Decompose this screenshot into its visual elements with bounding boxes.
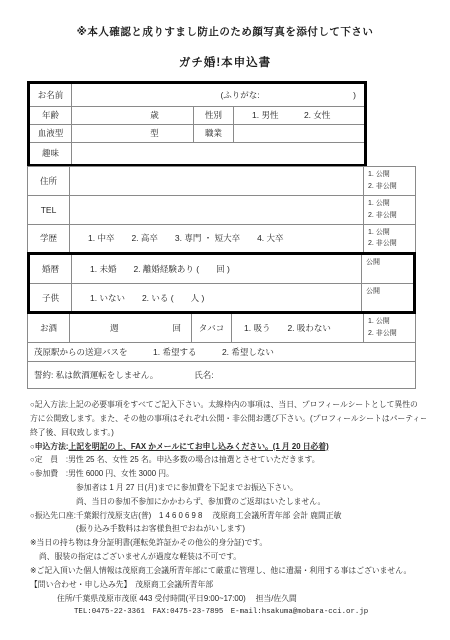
disclosure-private: 2. 非公開	[368, 210, 415, 222]
privacy-line: ※ご記入頂いた個人情報は茂原商工会議所青年部にて厳重に管理し、他に遺漏・利用する…	[30, 564, 426, 578]
gender-label: 性別	[194, 107, 234, 124]
age-unit: 歳	[150, 110, 159, 120]
name-field: (ふりがな: )	[72, 84, 364, 106]
row-name: お名前 (ふりがな: )	[30, 84, 364, 106]
application-form-sheet: ※本人確認と成りすまし防止のため顔写真を添付して下さい ガチ婚!本申込書 お名前…	[0, 0, 450, 640]
row-tel: TEL 1. 公開 2. 非公開	[28, 195, 415, 224]
job-label: 職業	[194, 125, 234, 142]
row-children: 子供 1. いない 2. いる ( 人 ) 公開	[30, 283, 413, 311]
contact-info-segment: 住所 1. 公開 2. 非公開 TEL 1. 公開 2. 非公開 学歴 1. 中…	[27, 166, 416, 253]
tobacco-options: 1. 吸う 2. 吸わない	[232, 314, 363, 342]
row-age-gender: 年齢 歳 性別 1. 男性 2. 女性	[30, 106, 364, 124]
photo-attachment-note: ※本人確認と成りすまし防止のため顔写真を添付して下さい	[0, 0, 450, 39]
age-field: 歳	[72, 107, 194, 124]
contact-heading: 【問い合わせ・申し込み先】 茂原商工会議所青年部	[30, 578, 426, 592]
disclosure-public: 1. 公開	[368, 198, 415, 210]
bank-fee-line: (振り込み手数料はお客様負担でおねがいします)	[30, 522, 426, 536]
row-education: 学歴 1. 中卒 2. 高卒 3. 専門 ・ 短大卒 4. 大卒 1. 公開 2…	[28, 224, 415, 253]
children-options: 1. いない 2. いる ( 人 )	[72, 284, 361, 311]
howto-line-3: 終了後、回収致します。)	[30, 426, 426, 440]
contact-address-line: 住所/千葉県茂原市茂原 443 受付時間(平日9:00~17:00) 担当/佐久…	[30, 592, 426, 606]
blood-type-label: 血液型	[30, 125, 72, 142]
marriage-history-label: 婚暦	[30, 255, 72, 283]
row-pledge: 誓約: 私は飲酒運転をしません。 氏名:	[28, 361, 415, 388]
contact-section: 【問い合わせ・申し込み先】 茂原商工会議所青年部 住所/千葉県茂原市茂原 443…	[30, 578, 426, 619]
signature-name-label: 氏名:	[194, 370, 213, 380]
job-field	[234, 125, 364, 142]
blood-type-unit: 型	[150, 128, 159, 138]
address-field	[70, 167, 363, 195]
contact-tel-fax-email-line: TEL:0475-22-3361 FAX:0475-23-7895 E-mail…	[30, 606, 426, 620]
per-week-label: 週	[110, 323, 119, 333]
howto-line-2: 方に公開致します。また、その他の事項はそれぞれ公開・非公開お選び下さい。(プロフ…	[30, 412, 426, 426]
pledge-field: 誓約: 私は飲酒運転をしません。 氏名:	[28, 362, 415, 388]
tel-disclosure: 1. 公開 2. 非公開	[363, 196, 415, 224]
alcohol-label: お酒	[28, 314, 70, 342]
times-label: 回	[172, 323, 181, 333]
marriage-history-options: 1. 未婚 2. 離婚経験あり ( 回 )	[72, 255, 361, 283]
disclosure-private: 2. 非公開	[368, 328, 415, 340]
row-hobby: 趣味	[30, 142, 364, 164]
row-shuttle-bus: 茂原駅からの送迎バスを 1. 希望する 2. 希望しない	[28, 342, 415, 361]
alcohol-disclosure: 1. 公開 2. 非公開	[363, 314, 415, 342]
notes-section: ○記入方法:上記の必要事項をすべてご記入下さい。太線枠内の事項は、当日、プロフィ…	[30, 398, 426, 577]
gender-options: 1. 男性 2. 女性	[234, 107, 364, 124]
howto-line-1: ○記入方法:上記の必要事項をすべてご記入下さい。太線枠内の事項は、当日、プロフィ…	[30, 398, 426, 412]
row-alcohol-tobacco: お酒 週 回 タバコ 1. 吸う 2. 吸わない 1. 公開 2. 非公開	[28, 314, 415, 342]
address-disclosure: 1. 公開 2. 非公開	[363, 167, 415, 195]
lifestyle-segment: お酒 週 回 タバコ 1. 吸う 2. 吸わない 1. 公開 2. 非公開 茂原…	[27, 314, 416, 389]
page-title: ガチ婚!本申込書	[0, 54, 450, 70]
fee-deadline-line: 参加者は 1 月 27 日(月)までに参加費を下記までお振込下さい。	[30, 481, 426, 495]
disclosure-public: 公開	[366, 257, 413, 269]
disclosure-public: 1. 公開	[368, 227, 415, 239]
shuttle-bus-options: 茂原駅からの送迎バスを 1. 希望する 2. 希望しない	[28, 343, 415, 361]
education-label: 学歴	[28, 225, 70, 253]
capacity-line: ○定 員 :男性 25 名、女性 25 名。申込多数の場合は抽選とさせていただき…	[30, 453, 426, 467]
education-options: 1. 中卒 2. 高卒 3. 専門 ・ 短大卒 4. 大卒	[70, 225, 363, 253]
disclosure-public: 公開	[366, 286, 413, 298]
blood-type-field: 型	[72, 125, 194, 142]
education-disclosure: 1. 公開 2. 非公開	[363, 225, 415, 253]
pledge-text: 誓約: 私は飲酒運転をしません。	[34, 370, 158, 380]
children-label: 子供	[30, 284, 72, 311]
apply-method-label: ○申込方法:	[30, 442, 69, 451]
marriage-disclosure: 公開	[361, 255, 413, 283]
disclosure-private: 2. 非公開	[368, 181, 415, 193]
application-form-table: お名前 (ふりがな: ) 年齢 歳 性別 1. 男性 2. 女性 血液型 型 職…	[27, 81, 416, 389]
disclosure-public: 1. 公開	[368, 316, 415, 328]
name-label: お名前	[30, 84, 72, 106]
row-blood-job: 血液型 型 職業	[30, 124, 364, 142]
hobby-label: 趣味	[30, 143, 72, 164]
age-label: 年齢	[30, 107, 72, 124]
fee-line: ○参加費 :男性 6000 円、女性 3000 円。	[30, 467, 426, 481]
apply-method-text: 上記を明記の上、FAX かメールにてお申し込みください。(1 月 20 日必着)	[69, 442, 329, 451]
children-disclosure: 公開	[361, 284, 413, 311]
marriage-children-box: 婚暦 1. 未婚 2. 離婚経験あり ( 回 ) 公開 子供 1. いない 2.…	[27, 252, 416, 314]
dress-code-line: 尚、服装の指定はございませんが過度な軽装は不可です。	[30, 550, 426, 564]
tobacco-label: タバコ	[192, 314, 232, 342]
row-address: 住所 1. 公開 2. 非公開	[28, 167, 415, 195]
fee-no-refund-line: 尚、当日の参加不参加にかかわらず、参加費のご返却はいたしません。	[30, 495, 426, 509]
alcohol-field: 週 回	[70, 314, 192, 342]
hobby-field	[72, 143, 364, 164]
furigana-hint: (ふりがな: )	[220, 90, 356, 100]
tel-label: TEL	[28, 196, 70, 224]
bank-account-line: ○振込先口座:千葉銀行茂原支店(普) 1 4 6 0 6 9 8 茂原商工会議所…	[30, 509, 426, 523]
belongings-line: ※当日の持ち物は身分証明書(運転免許証かその他公的身分証)です。	[30, 536, 426, 550]
apply-method-line: ○申込方法:上記を明記の上、FAX かメールにてお申し込みください。(1 月 2…	[30, 440, 426, 454]
disclosure-private: 2. 非公開	[368, 238, 415, 250]
row-marriage-history: 婚暦 1. 未婚 2. 離婚経験あり ( 回 ) 公開	[30, 255, 413, 283]
tel-field	[70, 196, 363, 224]
address-label: 住所	[28, 167, 70, 195]
disclosure-public: 1. 公開	[368, 169, 415, 181]
profile-box: お名前 (ふりがな: ) 年齢 歳 性別 1. 男性 2. 女性 血液型 型 職…	[27, 81, 367, 167]
